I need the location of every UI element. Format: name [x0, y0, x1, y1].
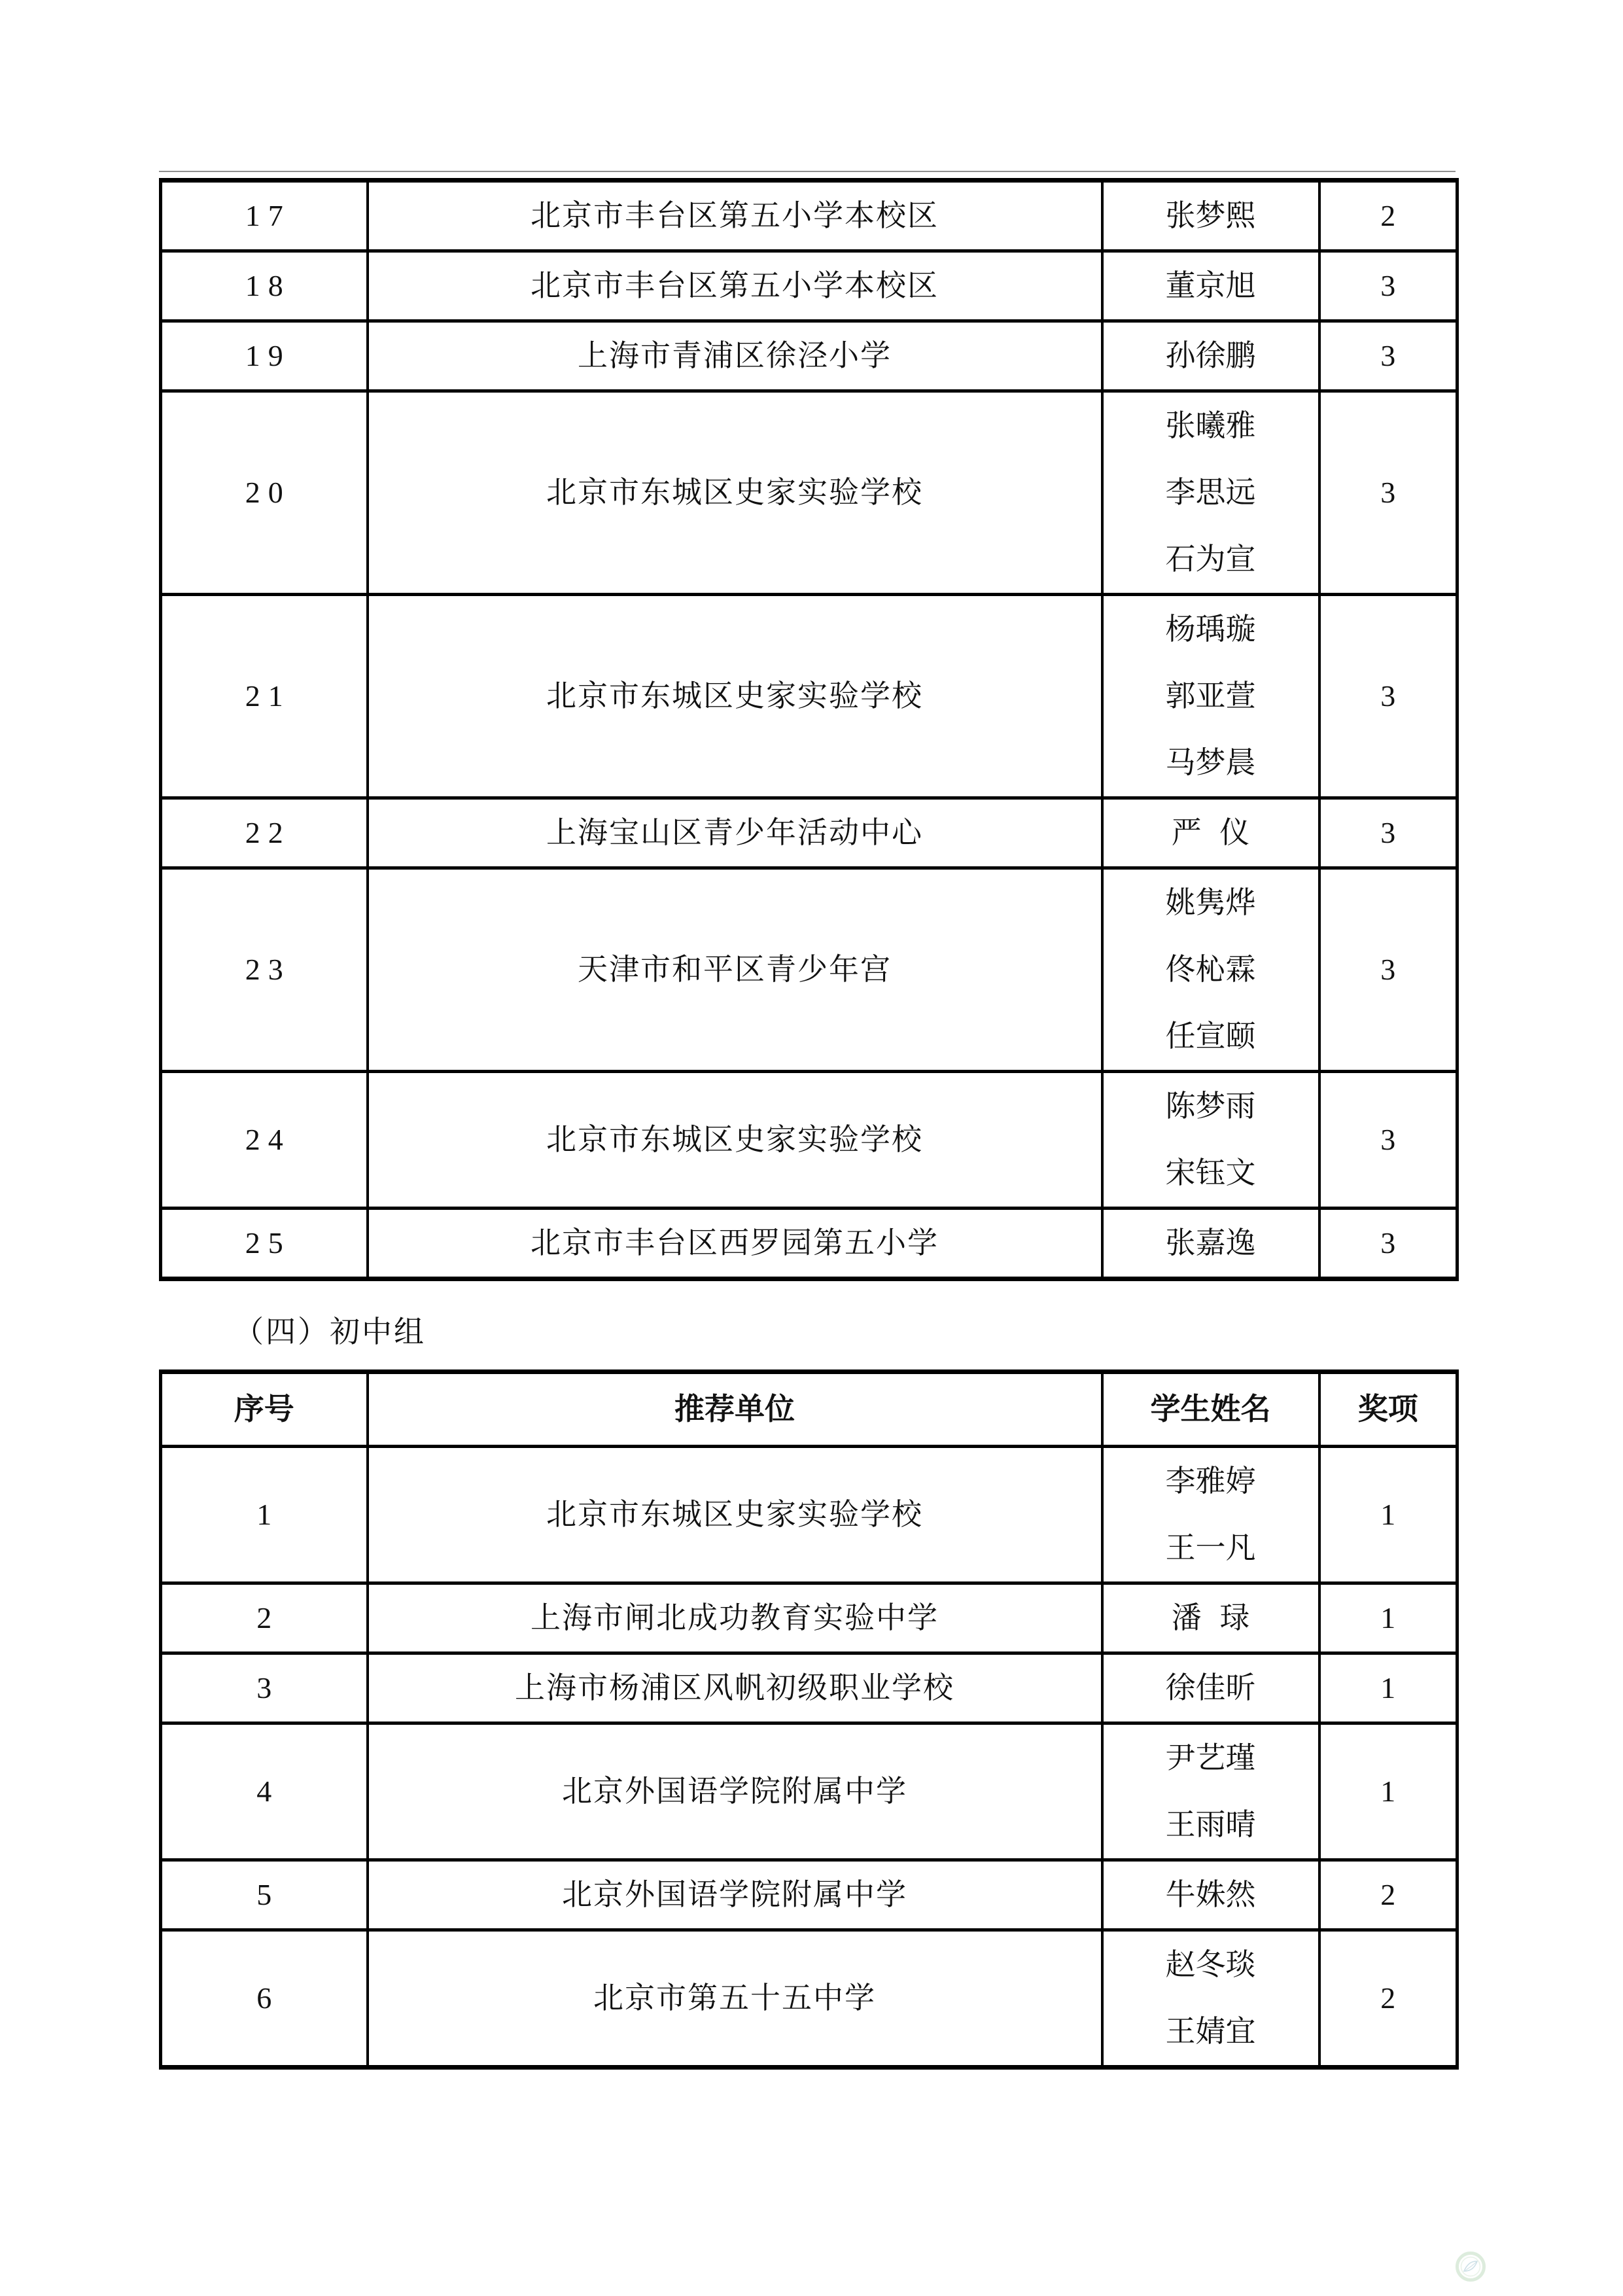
student-names-cell: 潘琭 — [1102, 1583, 1319, 1653]
student-name: 牛姝然 — [1104, 1862, 1318, 1928]
award-cell: 1 — [1319, 1653, 1457, 1723]
award-cell: 2 — [1319, 181, 1457, 251]
recommending-unit-cell: 北京市第五十五中学 — [368, 1930, 1102, 2068]
recommending-unit-cell: 北京市丰台区第五小学本校区 — [368, 181, 1102, 251]
table-row: 18北京市丰台区第五小学本校区董京旭3 — [161, 251, 1457, 321]
table-row: 22上海宝山区青少年活动中心严仪3 — [161, 798, 1457, 868]
student-names-cell: 赵冬琰王婧宜 — [1102, 1930, 1319, 2068]
student-name: 李雅婷 — [1104, 1448, 1318, 1515]
table-row: 2上海市闸北成功教育实验中学潘琭1 — [161, 1583, 1457, 1653]
junior-group-table: 序号推荐单位学生姓名奖项1北京市东城区史家实验学校李雅婷王一凡12上海市闸北成功… — [159, 1369, 1459, 2070]
student-names-cell: 张曦雅李思远石为宣 — [1102, 391, 1319, 595]
serial-number-cell: 21 — [161, 595, 368, 798]
recommending-unit-cell: 上海市闸北成功教育实验中学 — [368, 1583, 1102, 1653]
header-serial: 序号 — [161, 1372, 368, 1447]
primary-group-table-continued: 17北京市丰台区第五小学本校区张梦熙218北京市丰台区第五小学本校区董京旭319… — [159, 178, 1459, 1281]
award-cell: 1 — [1319, 1447, 1457, 1583]
recommending-unit-cell: 北京市丰台区第五小学本校区 — [368, 251, 1102, 321]
table-row: 3上海市杨浦区风帆初级职业学校徐佳昕1 — [161, 1653, 1457, 1723]
student-name: 张梦熙 — [1104, 183, 1318, 249]
recommending-unit-cell: 上海市青浦区徐泾小学 — [368, 321, 1102, 391]
student-name: 宋钰文 — [1104, 1140, 1318, 1207]
student-name: 徐佳昕 — [1104, 1655, 1318, 1722]
serial-number-cell: 22 — [161, 798, 368, 868]
serial-number-cell: 20 — [161, 391, 368, 595]
award-cell: 2 — [1319, 1860, 1457, 1930]
recommending-unit-cell: 上海市杨浦区风帆初级职业学校 — [368, 1653, 1102, 1723]
student-name: 李思远 — [1104, 459, 1318, 526]
page-break-table-edge — [159, 171, 1456, 172]
recommending-unit-cell: 北京市东城区史家实验学校 — [368, 391, 1102, 595]
header-student-name: 学生姓名 — [1102, 1372, 1319, 1447]
table-row: 5北京外国语学院附属中学牛姝然2 — [161, 1860, 1457, 1930]
student-name: 王雨晴 — [1104, 1792, 1318, 1858]
serial-number-cell: 19 — [161, 321, 368, 391]
recommending-unit-cell: 天津市和平区青少年宫 — [368, 868, 1102, 1072]
serial-number-cell: 4 — [161, 1723, 368, 1860]
seal-watermark — [1455, 2251, 1486, 2282]
serial-number-cell: 25 — [161, 1209, 368, 1279]
header-award: 奖项 — [1319, 1372, 1457, 1447]
recommending-unit-cell: 北京市丰台区西罗园第五小学 — [368, 1209, 1102, 1279]
student-name: 董京旭 — [1104, 253, 1318, 319]
student-name: 王一凡 — [1104, 1515, 1318, 1581]
student-names-cell: 牛姝然 — [1102, 1860, 1319, 1930]
student-names-cell: 姚隽烨佟杺霖任宣颐 — [1102, 868, 1319, 1072]
student-names-cell: 张嘉逸 — [1102, 1209, 1319, 1279]
award-cell: 3 — [1319, 251, 1457, 321]
serial-number-cell: 1 — [161, 1447, 368, 1583]
student-names-cell: 李雅婷王一凡 — [1102, 1447, 1319, 1583]
award-cell: 3 — [1319, 321, 1457, 391]
serial-number-cell: 18 — [161, 251, 368, 321]
student-name: 姚隽烨 — [1104, 870, 1318, 936]
student-name: 杨瑀璇 — [1104, 596, 1318, 663]
student-names-cell: 尹艺瑾王雨晴 — [1102, 1723, 1319, 1860]
table-row: 23天津市和平区青少年宫姚隽烨佟杺霖任宣颐3 — [161, 868, 1457, 1072]
serial-number-cell: 2 — [161, 1583, 368, 1653]
table-row: 21北京市东城区史家实验学校杨瑀璇郭亚萱马梦晨3 — [161, 595, 1457, 798]
award-cell: 3 — [1319, 595, 1457, 798]
table-row: 17北京市丰台区第五小学本校区张梦熙2 — [161, 181, 1457, 251]
recommending-unit-cell: 北京市东城区史家实验学校 — [368, 1447, 1102, 1583]
student-name: 马梦晨 — [1104, 730, 1318, 796]
leaf-seal-icon — [1455, 2251, 1486, 2282]
recommending-unit-cell: 北京外国语学院附属中学 — [368, 1860, 1102, 1930]
award-cell: 3 — [1319, 391, 1457, 595]
award-cell: 1 — [1319, 1583, 1457, 1653]
award-cell: 3 — [1319, 1209, 1457, 1279]
serial-number-cell: 3 — [161, 1653, 368, 1723]
student-name: 孙徐鹏 — [1104, 323, 1318, 389]
table-row: 24北京市东城区史家实验学校陈梦雨宋钰文3 — [161, 1072, 1457, 1209]
document-page: 17北京市丰台区第五小学本校区张梦熙218北京市丰台区第五小学本校区董京旭319… — [0, 0, 1623, 2296]
student-name: 潘琭 — [1104, 1585, 1318, 1651]
serial-number-cell: 6 — [161, 1930, 368, 2068]
student-name: 郭亚萱 — [1104, 663, 1318, 730]
award-cell: 1 — [1319, 1723, 1457, 1860]
header-unit: 推荐单位 — [368, 1372, 1102, 1447]
table-row: 6北京市第五十五中学赵冬琰王婧宜2 — [161, 1930, 1457, 2068]
student-name: 严仪 — [1104, 800, 1318, 866]
award-cell: 2 — [1319, 1930, 1457, 2068]
serial-number-cell: 17 — [161, 181, 368, 251]
student-name: 任宣颐 — [1104, 1003, 1318, 1070]
student-name: 张嘉逸 — [1104, 1210, 1318, 1277]
student-name: 赵冬琰 — [1104, 1932, 1318, 1998]
table-row: 20北京市东城区史家实验学校张曦雅李思远石为宣3 — [161, 391, 1457, 595]
student-name: 张曦雅 — [1104, 393, 1318, 459]
table-row: 25北京市丰台区西罗园第五小学张嘉逸3 — [161, 1209, 1457, 1279]
student-names-cell: 张梦熙 — [1102, 181, 1319, 251]
student-names-cell: 陈梦雨宋钰文 — [1102, 1072, 1319, 1209]
student-names-cell: 严仪 — [1102, 798, 1319, 868]
serial-number-cell: 24 — [161, 1072, 368, 1209]
section-heading: （四）初中组 — [234, 1308, 426, 1351]
student-name: 佟杺霖 — [1104, 936, 1318, 1003]
serial-number-cell: 23 — [161, 868, 368, 1072]
student-names-cell: 董京旭 — [1102, 251, 1319, 321]
recommending-unit-cell: 上海宝山区青少年活动中心 — [368, 798, 1102, 868]
student-name: 石为宣 — [1104, 526, 1318, 593]
student-names-cell: 徐佳昕 — [1102, 1653, 1319, 1723]
table-row: 4北京外国语学院附属中学尹艺瑾王雨晴1 — [161, 1723, 1457, 1860]
award-cell: 3 — [1319, 868, 1457, 1072]
recommending-unit-cell: 北京市东城区史家实验学校 — [368, 1072, 1102, 1209]
student-name: 陈梦雨 — [1104, 1073, 1318, 1140]
serial-number-cell: 5 — [161, 1860, 368, 1930]
student-name: 尹艺瑾 — [1104, 1725, 1318, 1792]
student-name: 王婧宜 — [1104, 1998, 1318, 2065]
award-cell: 3 — [1319, 798, 1457, 868]
table-row: 1北京市东城区史家实验学校李雅婷王一凡1 — [161, 1447, 1457, 1583]
recommending-unit-cell: 北京市东城区史家实验学校 — [368, 595, 1102, 798]
award-cell: 3 — [1319, 1072, 1457, 1209]
student-names-cell: 孙徐鹏 — [1102, 321, 1319, 391]
table-row: 19上海市青浦区徐泾小学孙徐鹏3 — [161, 321, 1457, 391]
student-names-cell: 杨瑀璇郭亚萱马梦晨 — [1102, 595, 1319, 798]
recommending-unit-cell: 北京外国语学院附属中学 — [368, 1723, 1102, 1860]
header-row: 序号推荐单位学生姓名奖项 — [161, 1372, 1457, 1447]
